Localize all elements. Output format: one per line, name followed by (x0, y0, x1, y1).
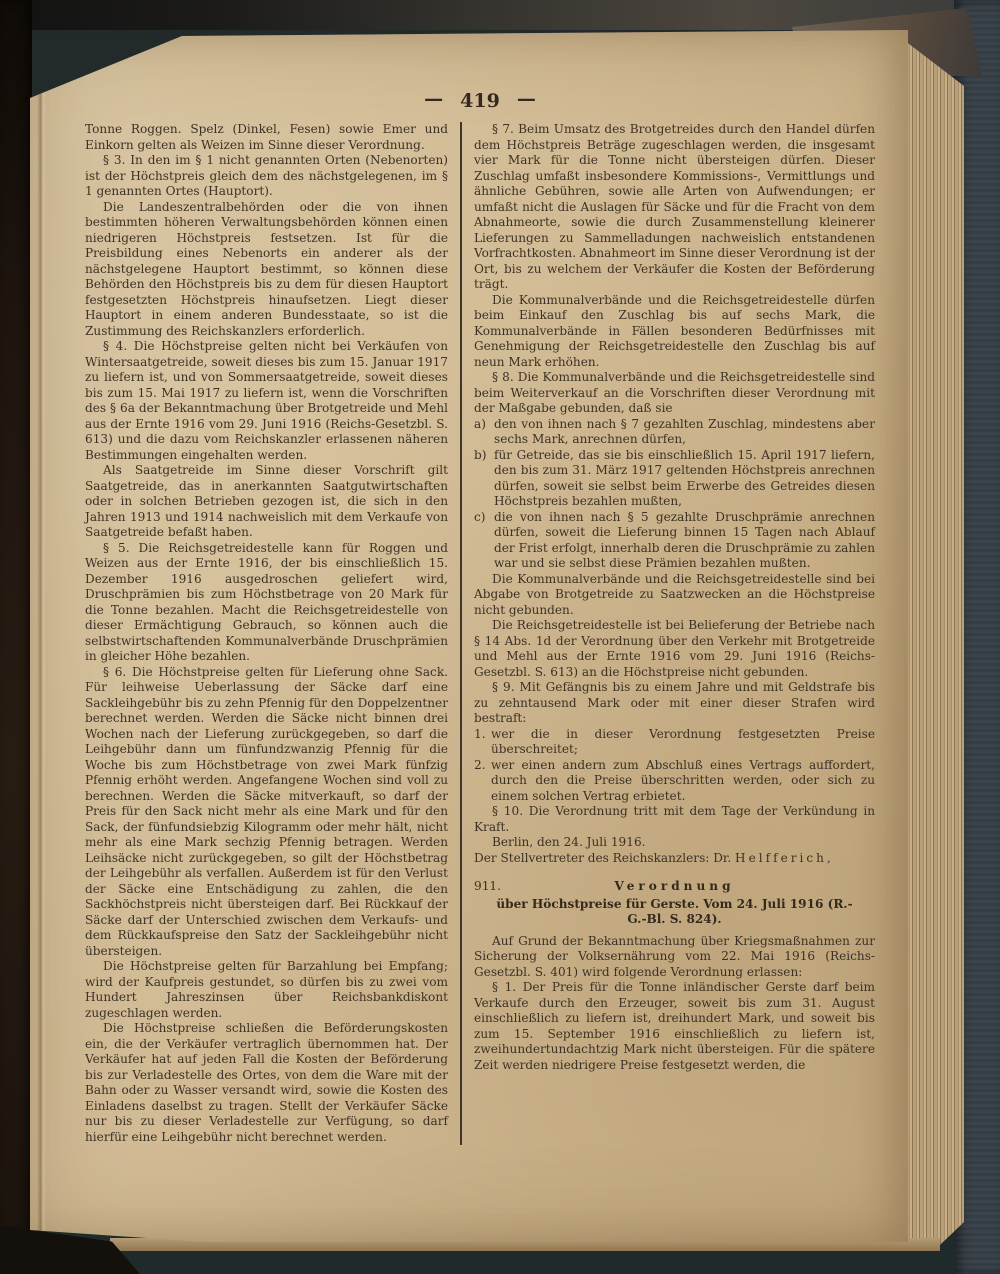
list-item-a: a) den von ihnen nach § 7 gezahlten Zusc… (474, 417, 875, 448)
scanned-book-photo: —419— Tonne Roggen. Spelz (Dinkel, Fesen… (0, 0, 1000, 1274)
list-text-c: die von ihnen nach § 5 gezahlte Druschpr… (494, 510, 875, 572)
paragraph-section-4: § 4. Die Höchstpreise gelten nicht bei V… (85, 339, 448, 463)
header-dash-left: — (424, 88, 443, 110)
paragraph-belieferung: Die Reichsgetreidestelle ist bei Beliefe… (474, 618, 875, 680)
paragraph-section-5: § 5. Die Reichsgetreidestelle kann für R… (85, 541, 448, 665)
list-text-a: den von ihnen nach § 7 gezahlten Zuschla… (494, 417, 875, 448)
penalty-text-1: wer die in dieser Verordnung festgesetzt… (491, 727, 875, 758)
book-spine (0, 0, 32, 1274)
list-text-b: für Getreide, das sie bis einschließlich… (494, 448, 875, 510)
signature-line: Der Stellvertreter des Reichskanzlers: D… (474, 851, 875, 867)
paragraph-section-1-gerste: § 1. Der Preis für die Tonne inländische… (474, 980, 875, 1073)
paragraph-section-7b: Die Kommunalverbände und die Reichsgetre… (474, 293, 875, 371)
paragraph-continuation: Tonne Roggen. Spelz (Dinkel, Fesen) sowi… (85, 122, 448, 153)
penalty-item-1: 1. wer die in dieser Verordnung festgese… (474, 727, 875, 758)
page-number: 419 (460, 90, 500, 112)
paragraph-barzahlung: Die Höchstpreise gelten für Barzahlung b… (85, 959, 448, 1021)
text-columns: Tonne Roggen. Spelz (Dinkel, Fesen) sowi… (30, 122, 908, 1145)
paragraph-section-9-intro: § 9. Mit Gefängnis bis zu einem Jahre un… (474, 680, 875, 727)
paragraph-befoerderung: Die Höchstpreise schließen die Beförderu… (85, 1021, 448, 1145)
page-header: —419— (85, 90, 875, 112)
date-line: Berlin, den 24. Juli 1916. (474, 835, 875, 851)
list-item-c: c) die von ihnen nach § 5 gezahlte Drusc… (474, 510, 875, 572)
paragraph-saatzwecken: Die Kommunalverbände und die Reichsgetre… (474, 572, 875, 619)
page-crease (37, 30, 46, 1242)
paragraph-section-6: § 6. Die Höchstpreise gelten für Lieferu… (85, 665, 448, 960)
paragraph-section-3b: Die Landeszentralbehörden oder die von i… (85, 200, 448, 340)
scanned-page: —419— Tonne Roggen. Spelz (Dinkel, Fesen… (30, 30, 908, 1242)
decree-number: 911. (474, 879, 501, 895)
decree-title: Verordnung (614, 879, 734, 893)
paragraph-grundlage: Auf Grund der Bekanntmachung über Kriegs… (474, 934, 875, 981)
list-item-b: b) für Getreide, das sie bis einschließl… (474, 448, 875, 510)
signature-prefix: Der Stellvertreter des Reichskanzlers: D… (474, 851, 735, 865)
decree-heading-row: 911. Verordnung (474, 879, 875, 895)
penalty-text-2: wer einen andern zum Abschluß eines Vert… (491, 758, 875, 805)
right-column: § 7. Beim Umsatz des Brotgetreides durch… (462, 122, 875, 1145)
paragraph-section-3: § 3. In den im § 1 nicht genannten Orten… (85, 153, 448, 200)
list-label-a: a) (474, 417, 494, 448)
penalty-label-2: 2. (474, 758, 491, 805)
paragraph-section-4b: Als Saatgetreide im Sinne dieser Vorschr… (85, 463, 448, 541)
header-dash-right: — (517, 88, 536, 110)
list-label-b: b) (474, 448, 494, 510)
penalty-item-2: 2. wer einen andern zum Abschluß eines V… (474, 758, 875, 805)
signature-name: Helfferich, (735, 851, 834, 865)
penalty-label-1: 1. (474, 727, 491, 758)
paragraph-section-8-intro: § 8. Die Kommunalverbände und die Reichs… (474, 370, 875, 417)
left-column: Tonne Roggen. Spelz (Dinkel, Fesen) sowi… (85, 122, 460, 1145)
list-label-c: c) (474, 510, 494, 572)
paragraph-section-10: § 10. Die Verordnung tritt mit dem Tage … (474, 804, 875, 835)
paragraph-section-7: § 7. Beim Umsatz des Brotgetreides durch… (474, 122, 875, 293)
decree-subtitle: über Höchstpreise für Gerste. Vom 24. Ju… (489, 897, 861, 928)
